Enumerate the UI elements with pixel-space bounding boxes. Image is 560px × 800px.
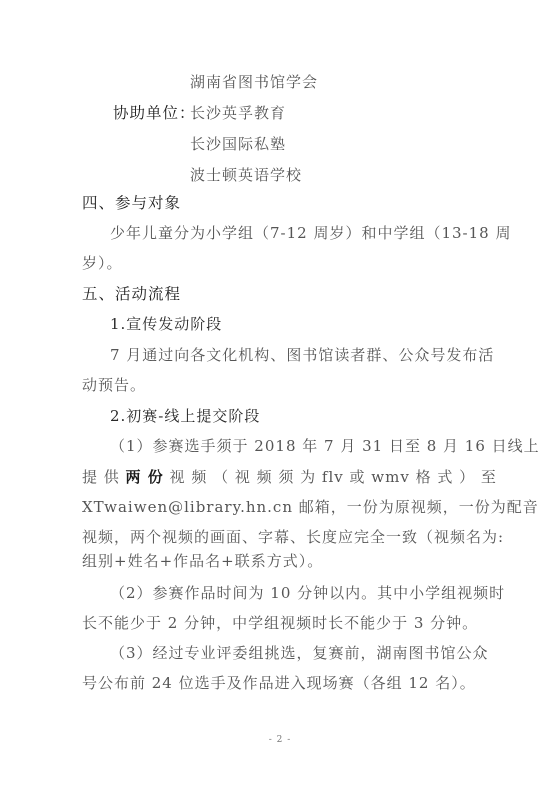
section-5-heading: 五、活动流程 — [82, 284, 181, 304]
stage-1-title: 1.宣传发动阶段 — [110, 314, 222, 334]
stage-2-item-1-line-2: 提 供 两 份 视 频 （ 视 频 须 为 flv 或 wmv 格 式 ） 至 — [82, 467, 497, 487]
stage-2-item-2-line-1: （2）参赛作品时间为 10 分钟以内。其中小学组视频时 — [110, 583, 505, 603]
assist-org-2: 长沙国际私塾 — [190, 134, 286, 154]
stage-2-item-1-line-4: 视频，两个视频的画面、字幕、长度应完全一致（视频名为: — [82, 527, 504, 547]
stage-1-line-2: 动预告。 — [82, 375, 146, 395]
assist-org-1: 长沙英孚教育 — [190, 103, 286, 123]
section-4-para-line-1: 少年儿童分为小学组（7-12 周岁）和中学组（13-18 周 — [110, 223, 511, 243]
stage-1-line-1: 7 月通过向各文化机构、图书馆读者群、公众号发布活 — [110, 345, 494, 365]
emphasis-two-copies: 两 份 — [126, 468, 164, 486]
stage-2-item-2-line-2: 长不能少于 2 分钟，中学组视频时长不能少于 3 分钟。 — [82, 613, 478, 633]
assist-units-label: 协助单位： — [113, 103, 196, 123]
stage-2-title: 2.初赛-线上提交阶段 — [110, 406, 260, 426]
organizer-name: 湖南省图书馆学会 — [190, 72, 318, 92]
stage-2-item-1-line-5: 组别+姓名+作品名+联系方式）。 — [82, 551, 323, 571]
stage-2-item-1-line-3: XTwaiwen@library.hn.cn 邮箱，一份为原视频，一份为配音 — [82, 497, 539, 517]
assist-org-3: 波士顿英语学校 — [190, 165, 302, 185]
stage-2-item-3-line-2: 号公布前 24 位选手及作品进入现场赛（各组 12 名）。 — [82, 673, 476, 693]
section-4-heading: 四、参与对象 — [82, 193, 181, 213]
section-4-para-line-2: 岁）。 — [82, 253, 123, 273]
stage-2-item-3-line-1: （3）经过专业评委组挑选，复赛前，湖南图书馆公众 — [110, 643, 489, 663]
text-segment: 视 频 （ 视 频 须 为 flv 或 wmv 格 式 ） 至 — [164, 468, 497, 486]
document-page: 湖南省图书馆学会 协助单位： 长沙英孚教育 长沙国际私塾 波士顿英语学校 四、参… — [0, 0, 560, 800]
text-segment: 提 供 — [82, 468, 126, 486]
stage-2-item-1-line-1: （1）参赛选手须于 2018 年 7 月 31 日至 8 月 16 日线上 — [110, 436, 540, 456]
page-number: - 2 - — [0, 735, 560, 745]
